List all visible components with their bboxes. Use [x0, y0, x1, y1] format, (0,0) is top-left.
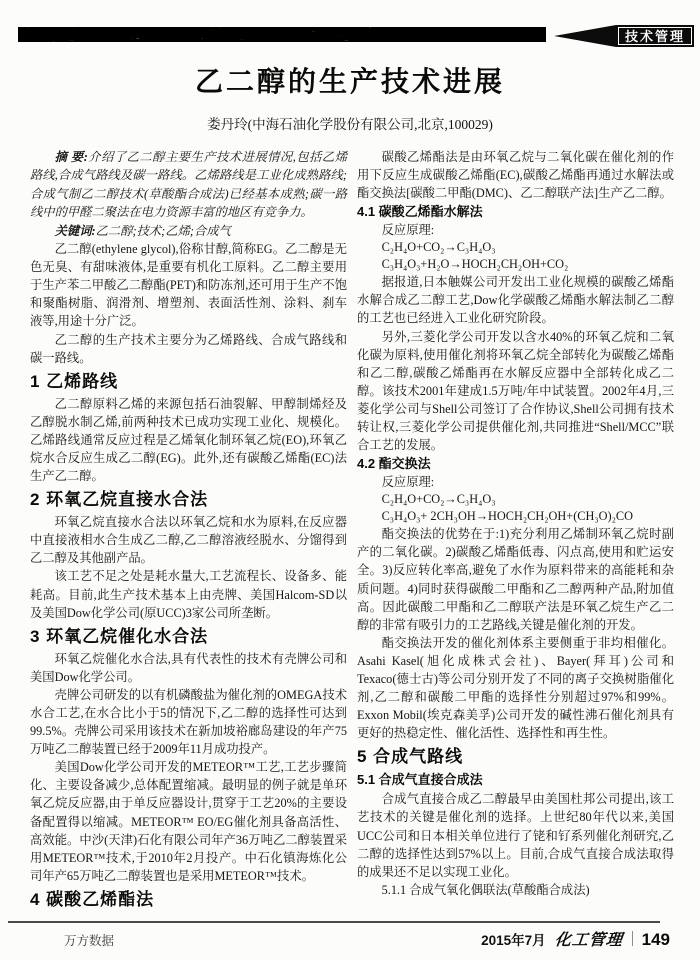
section-4-paragraph: 碳酸乙烯酯法是由环氧乙烷与二氧化碳在催化剂的作用下反应生成碳酸乙烯酯(EC),碳…: [357, 148, 674, 202]
reaction-principle-label-1: 反应原理:: [357, 222, 674, 239]
section-4-1-heading: 4.1 碳酸乙烯酯水解法: [357, 202, 674, 222]
journal-name-calligraphy: 化工管理: [553, 927, 623, 950]
article-title: 乙二醇的生产技术进展: [0, 60, 700, 100]
section-4-2-paragraph-1: 酯交换法的优势在于:1)充分利用乙烯制环氧乙烷时副产的二氧化碳。2)碳酸乙烯酯低…: [357, 525, 674, 634]
section-5-heading: 5 合成气路线: [357, 744, 674, 769]
page-number: 149: [642, 930, 670, 950]
section-3-paragraph-1: 环氧乙烷催化水合法,具有代表性的技术有壳牌公司和美国Dow化学公司。: [30, 650, 347, 686]
scan-noise-band: [18, 27, 546, 42]
left-column: 摘 要:介绍了乙二醇主要生产技术进展情况,包括乙烯路线,合成气路线及碳一路线。乙…: [30, 148, 347, 920]
section-1-heading: 1 乙烯路线: [30, 369, 347, 394]
intro-paragraph-2: 乙二醇的生产技术主要分为乙烯路线、合成气路线和碳一路线。: [30, 331, 347, 367]
keywords-line: 关键词:乙二醇;技术;乙烯;合成气: [30, 222, 347, 240]
section-4-2-heading: 4.2 酯交换法: [357, 454, 674, 474]
section-2-paragraph-1: 环氧乙烷直接水合法以环氧乙烷和水为原料,在反应器中直接液相水合生成乙二醇,乙二醇…: [30, 513, 347, 567]
section-5-1-1-heading: 5.1.1 合成气氧化偶联法(草酸酯合成法): [357, 881, 674, 899]
abstract-label: 摘 要:: [55, 150, 88, 164]
pennant-icon: [554, 25, 616, 47]
section-4-2-paragraph-2: 酯交换法开发的催化剂体系主要侧重于非均相催化。Asahi Kasel(旭化成株式…: [357, 634, 674, 743]
keywords-label: 关键词:: [55, 224, 96, 238]
column-tag-label: 技术管理: [616, 25, 694, 47]
author-line: 娄丹玲(中海石油化学股份有限公司,北京,100029): [0, 113, 700, 133]
wanfang-watermark: 万方数据: [64, 931, 114, 949]
section-3-heading: 3 环氧乙烷催化水合法: [30, 624, 347, 649]
section-2-paragraph-2: 该工艺不足之处是耗水量大,工艺流程长、设备多、能耗高。目前,此生产技术基本上由壳…: [30, 567, 347, 621]
scanned-paper-page: 技术管理 乙二醇的生产技术进展 娄丹玲(中海石油化学股份有限公司,北京,1000…: [0, 0, 700, 960]
footer-info: 2015年7月 化工管理 149: [481, 927, 670, 950]
footer-rule: [8, 921, 660, 923]
section-4-heading: 4 碳酸乙烯酯法: [30, 887, 347, 912]
footer-separator: [632, 931, 633, 946]
keywords-text: 乙二醇;技术;乙烯;合成气: [96, 224, 231, 238]
reaction-equation-1: C₂H₄O+CO₂→C₃H₄O₃: [357, 239, 674, 256]
section-3-paragraph-2: 壳牌公司研发的以有机磷酸盐为催化剂的OMEGA技术水合工艺,在水合比小于5的情况…: [30, 686, 347, 758]
reaction-equation-4: C₃H₄O₃+ 2CH₃OH→HOCH₂CH₂OH+(CH₃O)₂CO: [357, 508, 674, 525]
footer-date: 2015年7月: [481, 929, 546, 949]
section-4-1-paragraph-1: 据报道,日本触媒公司开发出工业化规模的碳酸乙烯酯水解合成乙二醇工艺,Dow化学碳…: [357, 273, 674, 327]
column-tag: 技术管理: [554, 25, 694, 47]
intro-paragraph-1: 乙二醇(ethylene glycol),俗称甘醇,简称EG。乙二醇是无色无臭、…: [30, 240, 347, 330]
abstract-block: 摘 要:介绍了乙二醇主要生产技术进展情况,包括乙烯路线,合成气路线及碳一路线。乙…: [30, 148, 347, 240]
section-4-1-paragraph-2: 另外,三菱化学公司开发以含水40%的环氧乙烷和二氧化碳为原料,使用催化剂将环氧乙…: [357, 328, 674, 455]
section-1-paragraph: 乙二醇原料乙烯的来源包括石油裂解、甲醇制烯烃及乙醇脱水制乙烯,前两种技术已成功实…: [30, 395, 347, 485]
two-column-body: 摘 要:介绍了乙二醇主要生产技术进展情况,包括乙烯路线,合成气路线及碳一路线。乙…: [30, 148, 674, 920]
abstract-paragraph: 摘 要:介绍了乙二醇主要生产技术进展情况,包括乙烯路线,合成气路线及碳一路线。乙…: [30, 148, 347, 222]
reaction-principle-label-2: 反应原理:: [357, 474, 674, 491]
section-2-heading: 2 环氧乙烷直接水合法: [30, 487, 347, 512]
section-3-paragraph-3: 美国Dow化学公司开发的METEOR™工艺,工艺步骤简化、主要设备减少,总体配置…: [30, 758, 347, 885]
reaction-equation-3: C₂H₄O+CO₂→C₃H₄O₃: [357, 491, 674, 508]
section-5-1-paragraph: 合成气直接合成乙二醇最早由美国杜邦公司提出,该工艺技术的关键是催化剂的选择。上世…: [357, 790, 674, 880]
right-column: 碳酸乙烯酯法是由环氧乙烷与二氧化碳在催化剂的作用下反应生成碳酸乙烯酯(EC),碳…: [357, 148, 674, 920]
reaction-equation-2: C₃H₄O₃+H₂O→HOCH₂CH₂OH+CO₂: [357, 256, 674, 273]
section-5-1-heading: 5.1 合成气直接合成法: [357, 770, 674, 790]
